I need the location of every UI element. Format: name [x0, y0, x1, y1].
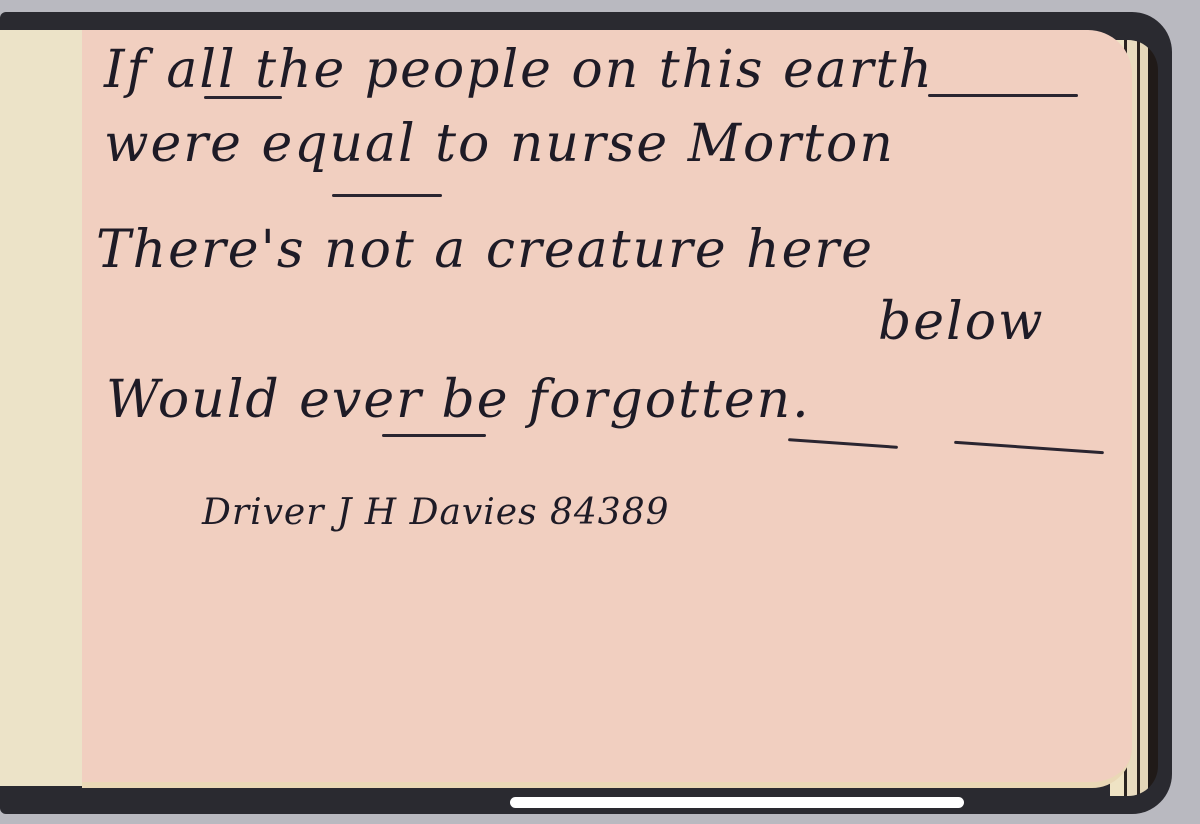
verse-line-5: Would ever be forgotten.	[106, 370, 811, 430]
underline-all	[204, 96, 282, 99]
underline-forgotten	[788, 438, 898, 449]
underline-ever	[382, 434, 486, 437]
verse-line-3: There's not a creature here	[96, 220, 874, 280]
underline-equal	[332, 194, 442, 197]
verse-line-1: If all the people on this earth	[104, 40, 934, 100]
underline-forgotten-2	[954, 441, 1104, 454]
verse-line-4: below	[878, 292, 1045, 352]
album-page: If all the people on this earth were equ…	[82, 30, 1132, 788]
underline-earth	[928, 94, 1078, 97]
signature: Driver J H Davies 84389	[202, 492, 670, 533]
verse-line-2: were equal to nurse Morton	[104, 114, 895, 174]
home-indicator-bar[interactable]	[510, 797, 964, 808]
